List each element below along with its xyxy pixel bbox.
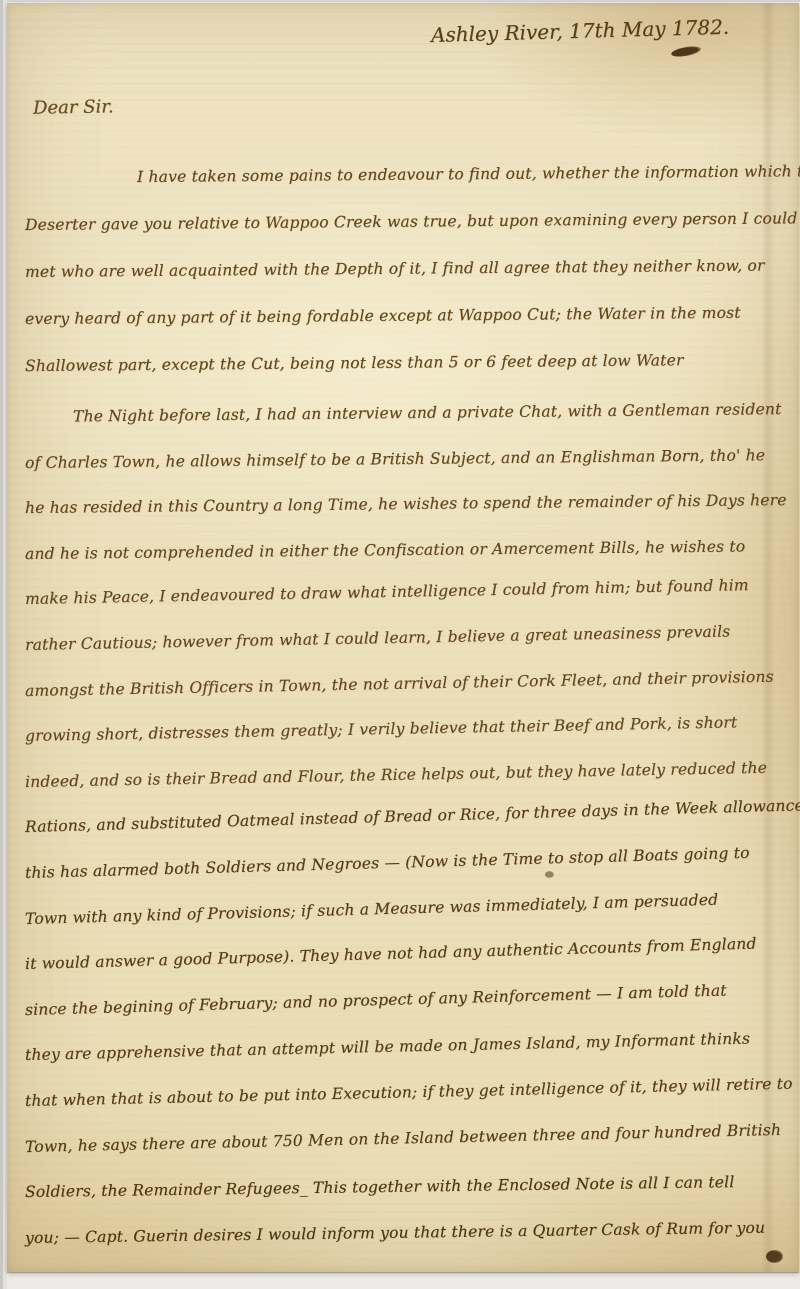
letter-line: Deserter gave you relative to Wappoo Cre… xyxy=(25,195,795,249)
letter-line: met who are well acquainted with the Dep… xyxy=(25,242,795,296)
scanned-letter-page: { "page": { "background_color": "#eceae6… xyxy=(0,0,800,1289)
letter-line: Shallowest part, except the Cut, being n… xyxy=(25,336,795,390)
paragraph-1: I have taken some pains to endeavour to … xyxy=(25,155,795,390)
salutation: Dear Sir. xyxy=(33,96,114,118)
letter-paper: Ashley River, 17th May 1782. Dear Sir. I… xyxy=(7,3,799,1272)
letter-line: The Night before last, I had an intervie… xyxy=(25,387,795,441)
ink-blot xyxy=(545,871,554,878)
letter-line: every heard of any part of it being ford… xyxy=(25,289,795,343)
ink-blot xyxy=(766,1250,783,1263)
dateline: Ashley River, 17th May 1782. xyxy=(431,15,730,47)
ink-blot xyxy=(670,44,701,58)
letter-line: I have taken some pains to endeavour to … xyxy=(25,148,795,202)
letter-line: you; — Capt. Guerin desires I would info… xyxy=(25,1205,796,1261)
paragraph-2: The Night before last, I had an intervie… xyxy=(25,395,795,1261)
letter-line: he has resided in this Country a long Ti… xyxy=(25,478,795,532)
paper-bottom-edge xyxy=(7,1272,799,1275)
letter-line: of Charles Town, he allows himself to be… xyxy=(25,433,795,487)
